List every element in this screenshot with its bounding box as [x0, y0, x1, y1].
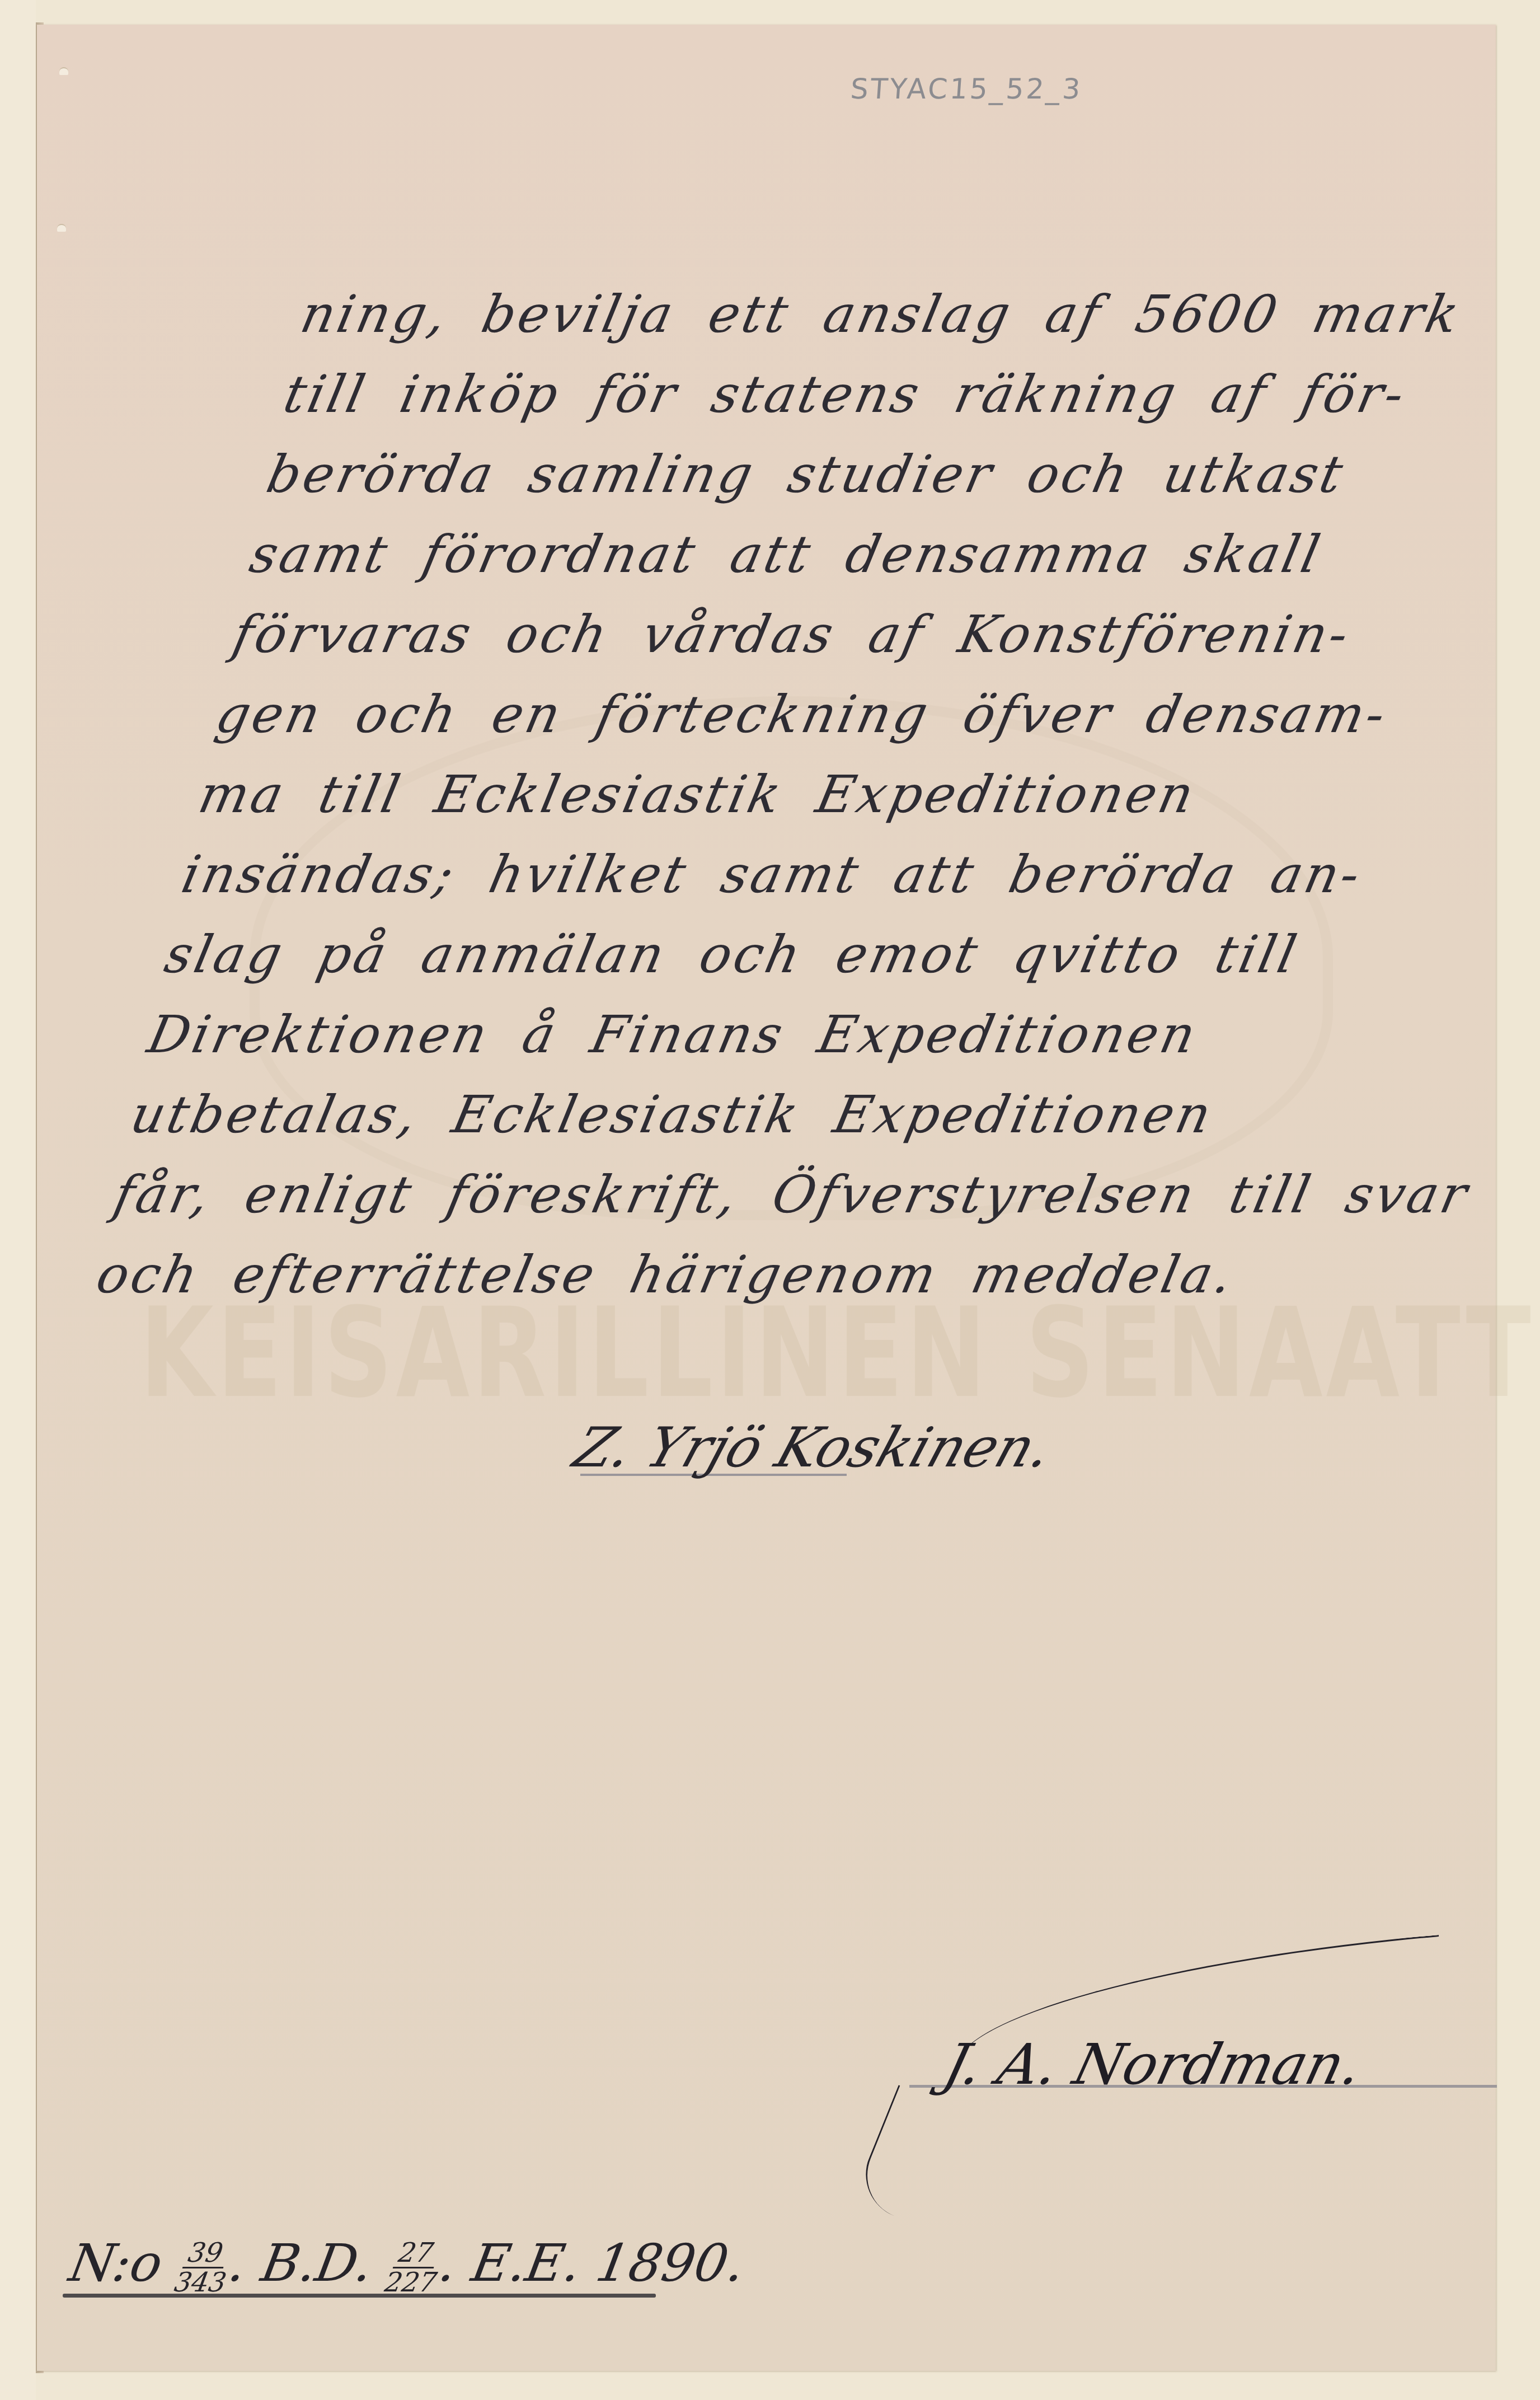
- body-line: berörda samling studier och utkast: [260, 434, 1474, 514]
- registry-year: 1890.: [591, 2233, 749, 2293]
- body-line: insändas; hvilket samt att berörda an-: [175, 835, 1389, 915]
- letter-body: ning, bevilja ett anslag af 5600 mark ti…: [90, 274, 1508, 1315]
- punch-hole: [57, 224, 66, 232]
- backing-board: [0, 0, 36, 2400]
- body-line: samt förordnat att densamma skall: [242, 514, 1457, 594]
- body-line: Direktionen å Finans Expeditionen: [140, 995, 1355, 1075]
- body-line: ma till Ecklesiastik Expeditionen: [191, 754, 1406, 835]
- body-line: ning, bevilja ett anslag af 5600 mark: [294, 274, 1508, 354]
- registry-dept-2: E.E.: [467, 2233, 586, 2293]
- registry-dept-1: B.D.: [257, 2233, 377, 2293]
- body-line: till inköp för statens räkning af för-: [276, 354, 1491, 434]
- registry-fraction-1: 39 343: [172, 2239, 234, 2296]
- body-line: utbetalas, Ecklesiastik Expeditionen: [124, 1075, 1338, 1155]
- punch-hole: [59, 67, 68, 75]
- registry-fraction-2: 27 227: [383, 2239, 444, 2296]
- registry-number: N:o 39 343 . B.D. 27 227 . E.E. 1890.: [64, 2233, 749, 2296]
- body-line: och efterrättelse härigenom meddela.: [90, 1235, 1304, 1315]
- signature-koskinen: Z. Yrjö Koskinen.: [566, 1416, 1060, 1480]
- signature-nordman: J. A. Nordman.: [937, 2032, 1369, 2097]
- body-line: gen och en förteckning öfver densam-: [209, 674, 1423, 754]
- archive-id-pencil: STYAC15_52_3: [849, 73, 1083, 105]
- registry-prefix: N:o: [65, 2233, 167, 2293]
- body-line: slag på anmälan och emot qvitto till: [157, 915, 1372, 995]
- registry-underline: [63, 2294, 656, 2298]
- body-line: får, enligt föreskrift, Öfverstyrelsen t…: [106, 1155, 1321, 1235]
- body-line: förvaras och vårdas af Konstförenin-: [226, 594, 1440, 674]
